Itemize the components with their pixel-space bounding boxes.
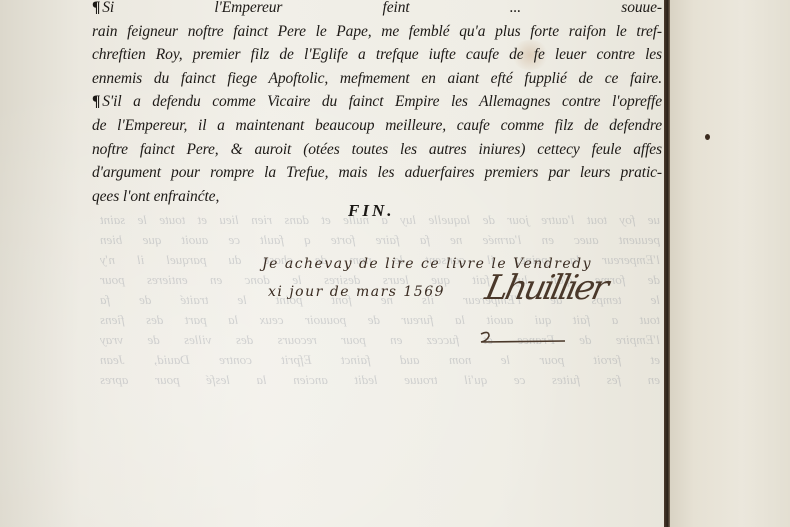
bleed-line: l'Empire de France et fuccez en pour rec… — [100, 330, 660, 350]
signature: Lhuillier — [482, 268, 610, 308]
text-line-content: Si l'Empereur feint ... souue- — [102, 0, 662, 16]
bleed-line: peuuent auec en l'armée ne fa faire fort… — [100, 230, 660, 250]
text-line: rain feigneur noftre fainct Pere le Pape… — [92, 20, 662, 44]
text-line: noftre fainct Pere, & auroit (otées tout… — [92, 138, 662, 162]
text-line: ¶S'il a defendu comme Vicaire du fainct … — [92, 90, 662, 114]
bleed-line: et feroit pour le nom aud fainct Efprit … — [100, 350, 660, 370]
text-line: ¶Si l'Empereur feint ... souue- — [92, 0, 662, 20]
pilcrow-icon: ¶ — [92, 93, 100, 110]
right-page — [670, 0, 790, 527]
bleed-line: tout a fait qui auoit la fureur de pouuo… — [100, 310, 660, 330]
text-line: de l'Empereur, il a maintenant beaucoup … — [92, 114, 662, 138]
printed-text-block: ¶Si l'Empereur feint ... souue- rain fei… — [92, 0, 662, 208]
pilcrow-icon: ¶ — [92, 0, 100, 16]
end-mark: FIN. — [348, 201, 394, 221]
text-line-content: S'il a defendu comme Vicaire du fainct E… — [102, 93, 662, 110]
ink-spot — [705, 134, 710, 140]
text-line: ennemis du fainct fiege Apoftolic, mefme… — [92, 67, 662, 91]
bleed-line: en fes fuites ce qu'il trouue ledit anci… — [100, 370, 660, 390]
text-line: d'argument pour rompre la Trefue, mais l… — [92, 161, 662, 185]
text-line: chreftien Roy, premier filz de l'Eglife … — [92, 43, 662, 67]
signature-flourish-icon — [477, 330, 567, 344]
